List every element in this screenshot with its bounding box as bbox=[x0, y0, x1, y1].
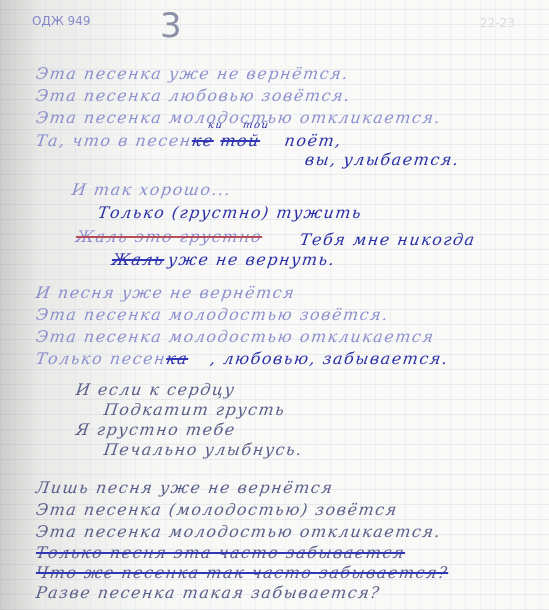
manuscript-line: И так хорошо... bbox=[71, 180, 233, 199]
sheet-mark: 3 bbox=[160, 6, 182, 46]
struck-word: Жаль bbox=[111, 250, 166, 269]
manuscript-line: Только песенка, любовью, забывается. bbox=[35, 349, 450, 368]
manuscript-line: Эта песенка молодостью зовётся. bbox=[35, 305, 391, 324]
insertion-above: ки bbox=[207, 120, 224, 131]
struck-text: ке bbox=[191, 131, 216, 150]
manuscript-line: Разве песенка такая забывается? bbox=[35, 583, 382, 602]
manuscript-line: Подкатит грусть bbox=[103, 400, 287, 419]
manuscript-line: уже не вернуть. bbox=[167, 250, 337, 269]
manuscript-line: И песня уже не вернётся bbox=[35, 283, 297, 302]
manuscript-line: Я грустно тебе bbox=[75, 420, 238, 439]
manuscript-line: Эта песенка уже не вернётся. bbox=[35, 64, 351, 83]
manuscript-line: Эта песенка молодостью откликается. bbox=[35, 522, 443, 541]
line-text: , любовью, забывается. bbox=[209, 349, 450, 368]
manuscript-line: Печально улыбнусь. bbox=[103, 440, 305, 459]
struck-line: Что же песенка так часто забывается? bbox=[35, 563, 450, 582]
line-text: Только песен bbox=[35, 349, 168, 368]
manuscript-line: вы, улыбается. bbox=[304, 150, 461, 169]
insertion-above: той bbox=[242, 120, 270, 131]
manuscript-line: Лишь песня уже не вернётся bbox=[35, 478, 335, 497]
manuscript-page: ОДЖ 949 3 22-23 Эта песенка уже не вернё… bbox=[0, 0, 549, 610]
manuscript-line: Эта песенка (молодостью) зовётся bbox=[35, 500, 399, 519]
manuscript-line: Эта песенка любовью зовётся. bbox=[35, 86, 352, 105]
struck-line: Жаль это грустно bbox=[75, 227, 264, 246]
line-text: Та, что в песен bbox=[35, 131, 194, 150]
struck-text: той bbox=[219, 131, 261, 150]
struck-line: Только песня эта часто забывается bbox=[35, 543, 407, 562]
struck-text: ка bbox=[165, 349, 190, 368]
manuscript-line: Эта песенка молодостью откликается bbox=[35, 327, 436, 346]
manuscript-line: Тебя мне никогда bbox=[299, 230, 477, 249]
manuscript-line: И если к сердцу bbox=[75, 380, 237, 399]
manuscript-line: Только (грустно) тужить bbox=[97, 203, 364, 222]
manuscript-line: Та, что в песенке той поёт, bbox=[35, 131, 344, 150]
manuscript-line: Эта песенка молодостью откликается. bbox=[35, 108, 443, 127]
archive-reference: ОДЖ 949 bbox=[32, 14, 90, 28]
faint-page-number: 22-23 bbox=[480, 16, 515, 30]
line-text: поёт, bbox=[283, 131, 343, 150]
